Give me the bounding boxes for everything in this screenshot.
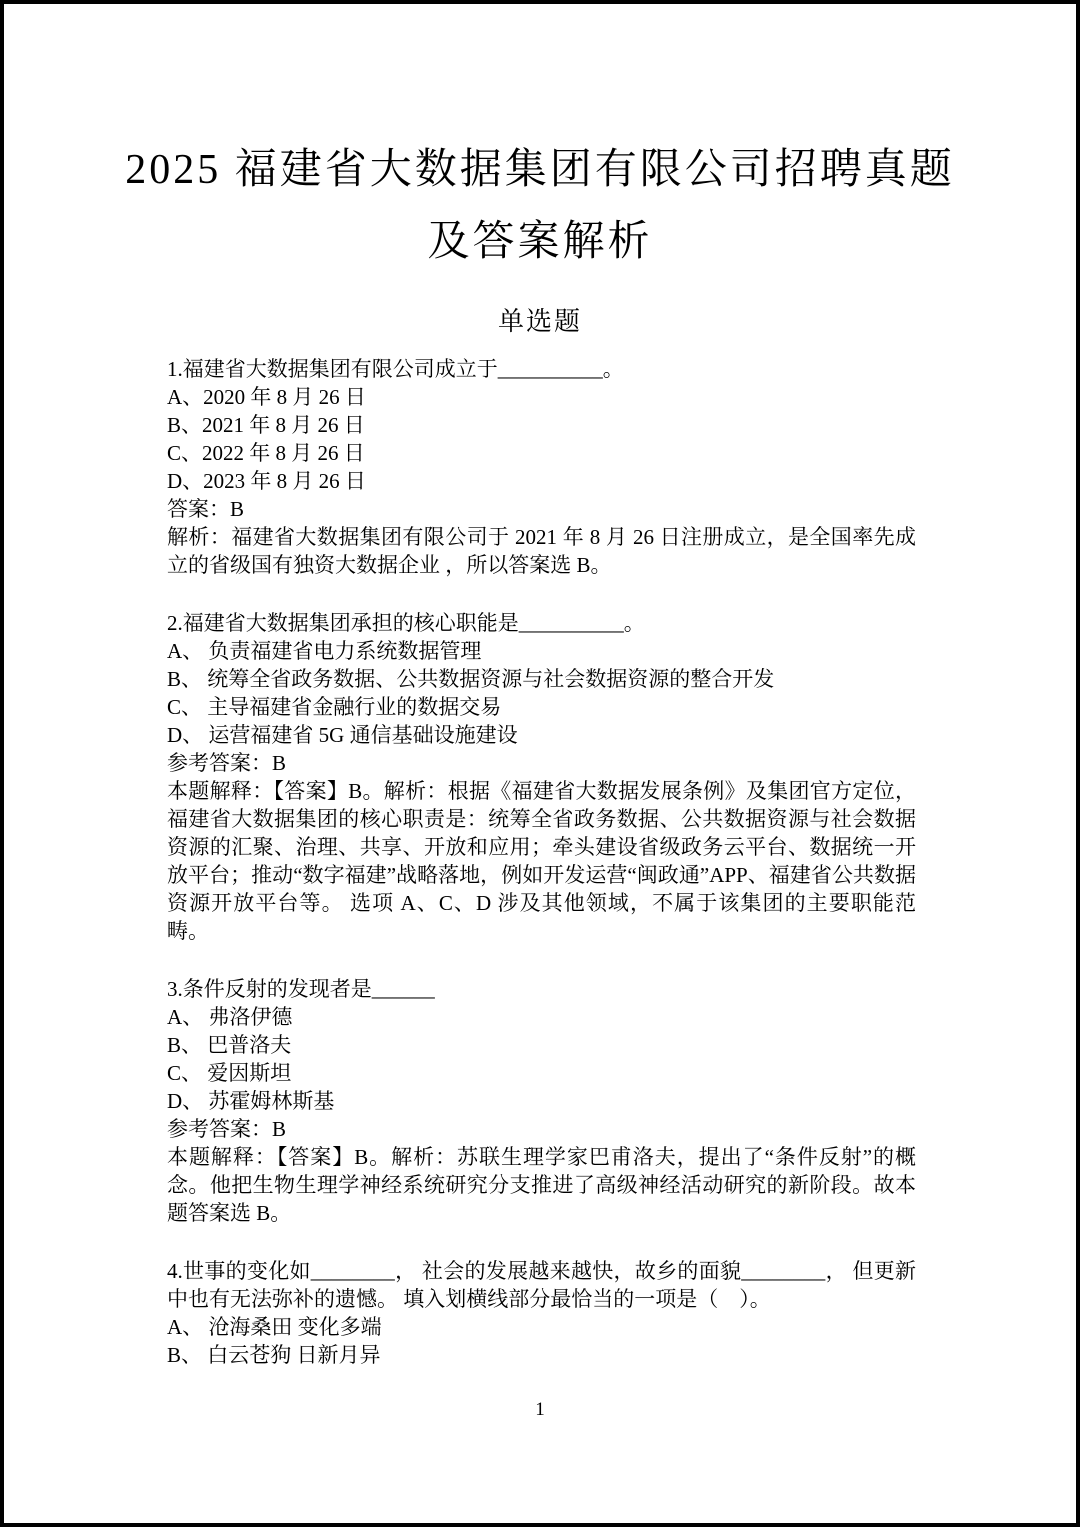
question-2-option-a: A、 负责福建省电力系统数据管理 bbox=[167, 637, 916, 665]
question-1-option-a: A、2020 年 8 月 26 日 bbox=[167, 383, 916, 411]
question-3-option-c: C、 爱因斯坦 bbox=[167, 1059, 916, 1087]
question-2-option-c: C、 主导福建省金融行业的数据交易 bbox=[167, 693, 916, 721]
question-3-stem: 3.条件反射的发现者是______ bbox=[167, 975, 916, 1003]
question-3-explanation: 本题解释：【答案】B。解析：苏联生理学家巴甫洛夫，提出了“条件反射”的概念。他把… bbox=[167, 1143, 916, 1227]
question-2-explanation: 本题解释：【答案】B。解析：根据《福建省大数据发展条例》及集团官方定位，福建省大… bbox=[167, 777, 916, 945]
question-4-stem: 4.世事的变化如________， 社会的发展越来越快，故乡的面貌_______… bbox=[167, 1257, 916, 1313]
question-1-option-c: C、2022 年 8 月 26 日 bbox=[167, 439, 916, 467]
document-page: 2025 福建省大数据集团有限公司招聘真题 及答案解析 单选题 1.福建省大数据… bbox=[0, 0, 1080, 1527]
question-3-option-d: D、 苏霍姆林斯基 bbox=[167, 1087, 916, 1115]
question-1: 1.福建省大数据集团有限公司成立于__________。 A、2020 年 8 … bbox=[167, 355, 916, 579]
document-title: 2025 福建省大数据集团有限公司招聘真题 及答案解析 bbox=[4, 134, 1076, 278]
question-4-option-a: A、 沧海桑田 变化多端 bbox=[167, 1313, 916, 1341]
question-3-answer: 参考答案：B bbox=[167, 1115, 916, 1143]
question-1-answer: 答案：B bbox=[167, 495, 916, 523]
document-body: 1.福建省大数据集团有限公司成立于__________。 A、2020 年 8 … bbox=[4, 355, 1076, 1369]
section-heading: 单选题 bbox=[4, 305, 1076, 339]
question-1-explanation: 解析：福建省大数据集团有限公司于 2021 年 8 月 26 日注册成立，是全国… bbox=[167, 523, 916, 579]
question-3-option-a: A、 弗洛伊德 bbox=[167, 1003, 916, 1031]
question-2-stem: 2.福建省大数据集团承担的核心职能是__________。 bbox=[167, 609, 916, 637]
question-2-option-d: D、 运营福建省 5G 通信基础设施建设 bbox=[167, 721, 916, 749]
question-3-option-b: B、 巴普洛夫 bbox=[167, 1031, 916, 1059]
question-3: 3.条件反射的发现者是______ A、 弗洛伊德 B、 巴普洛夫 C、 爱因斯… bbox=[167, 975, 916, 1227]
question-1-option-b: B、2021 年 8 月 26 日 bbox=[167, 411, 916, 439]
page-number: 1 bbox=[4, 1398, 1076, 1422]
question-1-option-d: D、2023 年 8 月 26 日 bbox=[167, 467, 916, 495]
title-line-1: 2025 福建省大数据集团有限公司招聘真题 bbox=[4, 134, 1076, 206]
question-2-option-b: B、 统筹全省政务数据、公共数据资源与社会数据资源的整合开发 bbox=[167, 665, 916, 693]
title-line-2: 及答案解析 bbox=[4, 206, 1076, 278]
question-4: 4.世事的变化如________， 社会的发展越来越快，故乡的面貌_______… bbox=[167, 1257, 916, 1369]
question-2-answer: 参考答案：B bbox=[167, 749, 916, 777]
question-1-stem: 1.福建省大数据集团有限公司成立于__________。 bbox=[167, 355, 916, 383]
question-4-option-b: B、 白云苍狗 日新月异 bbox=[167, 1341, 916, 1369]
question-2: 2.福建省大数据集团承担的核心职能是__________。 A、 负责福建省电力… bbox=[167, 609, 916, 945]
